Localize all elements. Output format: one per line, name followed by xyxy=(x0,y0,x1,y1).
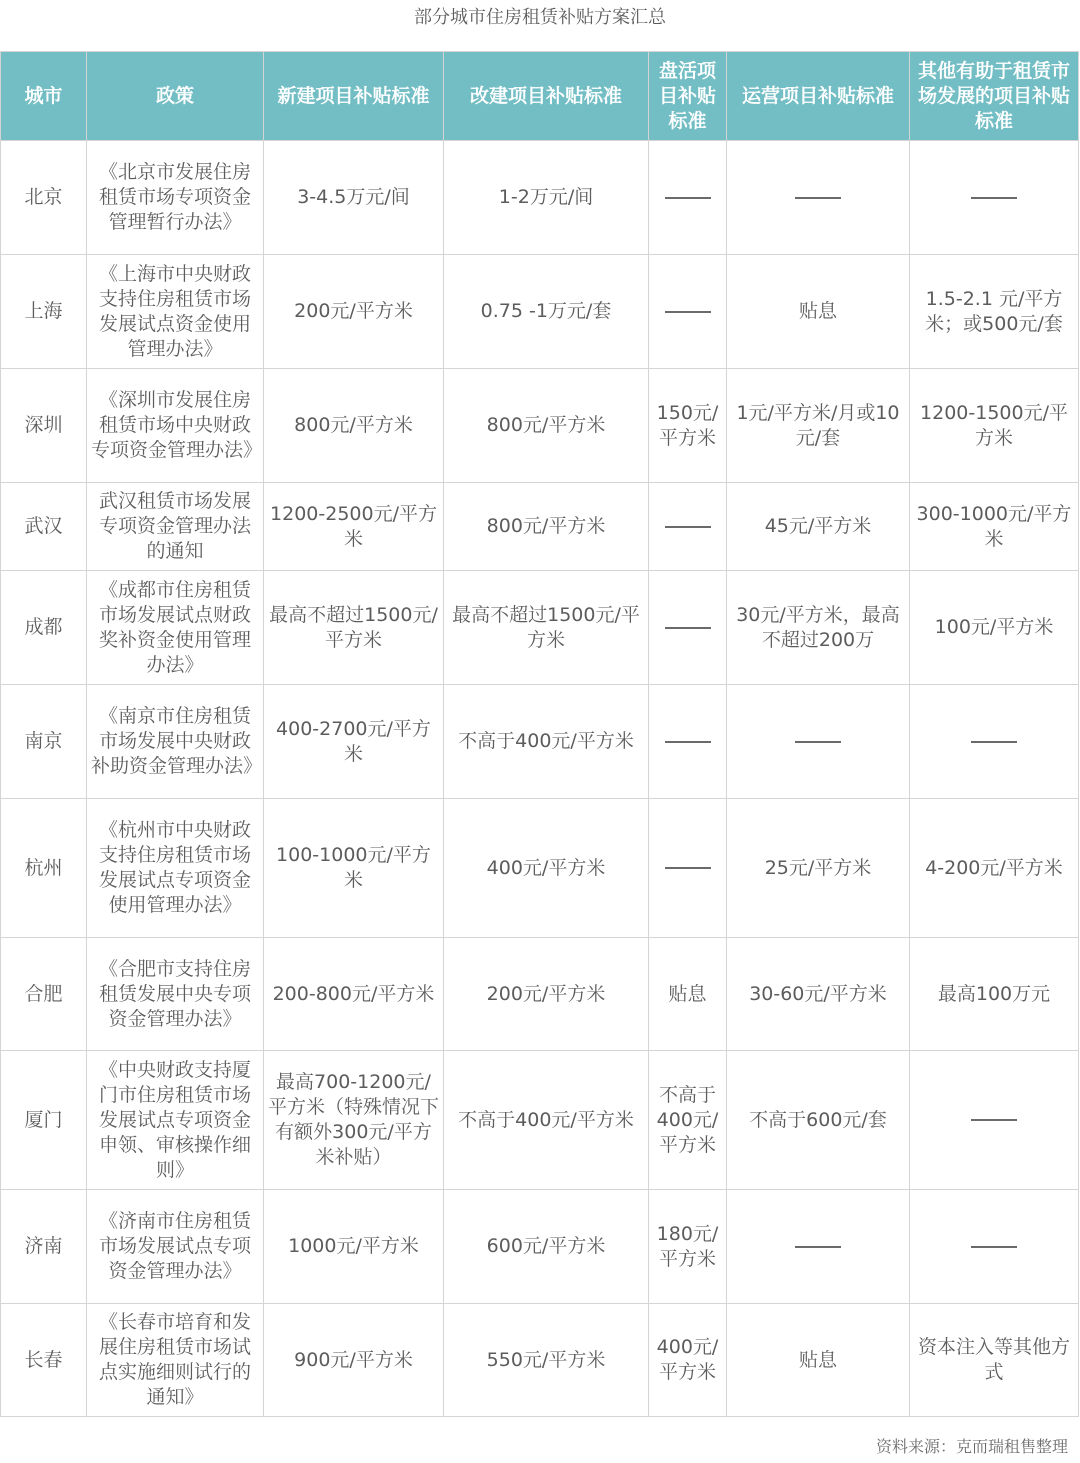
operation-cell: 不高于600元/套 xyxy=(727,1051,910,1190)
operation-cell: 25元/平方米 xyxy=(727,799,910,938)
revitalize-cell: 贴息 xyxy=(649,938,727,1051)
table-row: 南京 《南京市住房租赁市场发展中央财政补助资金管理办法》 400-2700元/平… xyxy=(1,685,1079,799)
operation-cell: 45元/平方米 xyxy=(727,483,910,571)
empty-dash xyxy=(971,197,1017,199)
revitalize-cell xyxy=(649,483,727,571)
page-title: 部分城市住房租赁补贴方案汇总 xyxy=(0,5,1080,31)
empty-dash xyxy=(665,741,711,743)
revitalize-cell: 150元/平方米 xyxy=(649,369,727,483)
policy-cell: 《长春市培育和发展住房租赁市场试点实施细则试行的通知》 xyxy=(87,1304,264,1417)
table-row: 长春 《长春市培育和发展住房租赁市场试点实施细则试行的通知》 900元/平方米 … xyxy=(1,1304,1079,1417)
column-header-new-build: 新建项目补贴标准 xyxy=(264,52,444,141)
subsidy-table: 城市 政策 新建项目补贴标准 改建项目补贴标准 盘活项目补贴标准 运营项目补贴标… xyxy=(0,51,1079,1417)
column-header-other: 其他有助于租赁市场发展的项目补贴标准 xyxy=(910,52,1079,141)
operation-cell xyxy=(727,685,910,799)
other-cell: 300-1000元/平方米 xyxy=(910,483,1079,571)
new-build-cell: 最高不超过1500元/平方米 xyxy=(264,571,444,685)
rebuild-cell: 最高不超过1500元/平方米 xyxy=(444,571,649,685)
city-cell: 北京 xyxy=(1,141,87,255)
column-header-rebuild: 改建项目补贴标准 xyxy=(444,52,649,141)
empty-dash xyxy=(665,627,711,629)
city-cell: 武汉 xyxy=(1,483,87,571)
policy-cell: 《上海市中央财政支持住房租赁市场发展试点资金使用管理办法》 xyxy=(87,255,264,369)
policy-cell: 《北京市发展住房租赁市场专项资金管理暂行办法》 xyxy=(87,141,264,255)
rebuild-cell: 600元/平方米 xyxy=(444,1190,649,1304)
revitalize-cell: 400元/平方米 xyxy=(649,1304,727,1417)
city-cell: 上海 xyxy=(1,255,87,369)
revitalize-cell: 180元/平方米 xyxy=(649,1190,727,1304)
other-cell xyxy=(910,1051,1079,1190)
new-build-cell: 800元/平方米 xyxy=(264,369,444,483)
other-cell: 1200-1500元/平方米 xyxy=(910,369,1079,483)
column-header-revitalize: 盘活项目补贴标准 xyxy=(649,52,727,141)
other-cell: 4-200元/平方米 xyxy=(910,799,1079,938)
policy-cell: 《中央财政支持厦门市住房租赁市场发展试点专项资金申领、审核操作细则》 xyxy=(87,1051,264,1190)
other-cell xyxy=(910,1190,1079,1304)
table-row: 成都 《成都市住房租赁市场发展试点财政奖补资金使用管理办法》 最高不超过1500… xyxy=(1,571,1079,685)
empty-dash xyxy=(665,197,711,199)
table-row: 济南 《济南市住房租赁市场发展试点专项资金管理办法》 1000元/平方米 600… xyxy=(1,1190,1079,1304)
table-row: 北京 《北京市发展住房租赁市场专项资金管理暂行办法》 3-4.5万元/间 1-2… xyxy=(1,141,1079,255)
policy-cell: 《合肥市支持住房租赁发展中央专项资金管理办法》 xyxy=(87,938,264,1051)
city-cell: 南京 xyxy=(1,685,87,799)
new-build-cell: 100-1000元/平方米 xyxy=(264,799,444,938)
city-cell: 合肥 xyxy=(1,938,87,1051)
new-build-cell: 200元/平方米 xyxy=(264,255,444,369)
city-cell: 杭州 xyxy=(1,799,87,938)
empty-dash xyxy=(665,311,711,313)
policy-cell: 《济南市住房租赁市场发展试点专项资金管理办法》 xyxy=(87,1190,264,1304)
column-header-city: 城市 xyxy=(1,52,87,141)
other-cell xyxy=(910,141,1079,255)
policy-cell: 《成都市住房租赁市场发展试点财政奖补资金使用管理办法》 xyxy=(87,571,264,685)
operation-cell: 贴息 xyxy=(727,255,910,369)
empty-dash xyxy=(665,867,711,869)
policy-cell: 《南京市住房租赁市场发展中央财政补助资金管理办法》 xyxy=(87,685,264,799)
city-cell: 成都 xyxy=(1,571,87,685)
city-cell: 深圳 xyxy=(1,369,87,483)
other-cell xyxy=(910,685,1079,799)
column-header-operation: 运营项目补贴标准 xyxy=(727,52,910,141)
empty-dash xyxy=(971,741,1017,743)
table-row: 上海 《上海市中央财政支持住房租赁市场发展试点资金使用管理办法》 200元/平方… xyxy=(1,255,1079,369)
rebuild-cell: 550元/平方米 xyxy=(444,1304,649,1417)
new-build-cell: 1200-2500元/平方米 xyxy=(264,483,444,571)
rebuild-cell: 200元/平方米 xyxy=(444,938,649,1051)
new-build-cell: 最高700-1200元/平方米（特殊情况下有额外300元/平方米补贴） xyxy=(264,1051,444,1190)
operation-cell xyxy=(727,141,910,255)
table-row: 杭州 《杭州市中央财政支持住房租赁市场发展试点专项资金使用管理办法》 100-1… xyxy=(1,799,1079,938)
table-row: 武汉 武汉租赁市场发展专项资金管理办法的通知 1200-2500元/平方米 80… xyxy=(1,483,1079,571)
rebuild-cell: 400元/平方米 xyxy=(444,799,649,938)
other-cell: 资本注入等其他方式 xyxy=(910,1304,1079,1417)
other-cell: 1.5-2.1 元/平方米；或500元/套 xyxy=(910,255,1079,369)
policy-cell: 武汉租赁市场发展专项资金管理办法的通知 xyxy=(87,483,264,571)
empty-dash xyxy=(971,1119,1017,1121)
table-header-row: 城市 政策 新建项目补贴标准 改建项目补贴标准 盘活项目补贴标准 运营项目补贴标… xyxy=(1,52,1079,141)
table-row: 深圳 《深圳市发展住房租赁市场中央财政专项资金管理办法》 800元/平方米 80… xyxy=(1,369,1079,483)
revitalize-cell xyxy=(649,255,727,369)
rebuild-cell: 800元/平方米 xyxy=(444,369,649,483)
rebuild-cell: 800元/平方米 xyxy=(444,483,649,571)
operation-cell: 30-60元/平方米 xyxy=(727,938,910,1051)
empty-dash xyxy=(795,197,841,199)
column-header-policy: 政策 xyxy=(87,52,264,141)
empty-dash xyxy=(665,526,711,528)
revitalize-cell xyxy=(649,571,727,685)
new-build-cell: 200-800元/平方米 xyxy=(264,938,444,1051)
operation-cell: 30元/平方米，最高不超过200万 xyxy=(727,571,910,685)
empty-dash xyxy=(795,741,841,743)
revitalize-cell xyxy=(649,141,727,255)
other-cell: 最高100万元 xyxy=(910,938,1079,1051)
table-row: 厦门 《中央财政支持厦门市住房租赁市场发展试点专项资金申领、审核操作细则》 最高… xyxy=(1,1051,1079,1190)
operation-cell: 贴息 xyxy=(727,1304,910,1417)
revitalize-cell xyxy=(649,685,727,799)
new-build-cell: 400-2700元/平方米 xyxy=(264,685,444,799)
policy-cell: 《杭州市中央财政支持住房租赁市场发展试点专项资金使用管理办法》 xyxy=(87,799,264,938)
revitalize-cell xyxy=(649,799,727,938)
city-cell: 厦门 xyxy=(1,1051,87,1190)
rebuild-cell: 0.75 -1万元/套 xyxy=(444,255,649,369)
empty-dash xyxy=(971,1246,1017,1248)
revitalize-cell: 不高于400元/平方米 xyxy=(649,1051,727,1190)
policy-cell: 《深圳市发展住房租赁市场中央财政专项资金管理办法》 xyxy=(87,369,264,483)
rebuild-cell: 1-2万元/间 xyxy=(444,141,649,255)
city-cell: 长春 xyxy=(1,1304,87,1417)
rebuild-cell: 不高于400元/平方米 xyxy=(444,1051,649,1190)
table-row: 合肥 《合肥市支持住房租赁发展中央专项资金管理办法》 200-800元/平方米 … xyxy=(1,938,1079,1051)
operation-cell xyxy=(727,1190,910,1304)
new-build-cell: 3-4.5万元/间 xyxy=(264,141,444,255)
source-note: 资料来源：克而瑞租售整理 xyxy=(876,1436,1068,1458)
new-build-cell: 1000元/平方米 xyxy=(264,1190,444,1304)
other-cell: 100元/平方米 xyxy=(910,571,1079,685)
rebuild-cell: 不高于400元/平方米 xyxy=(444,685,649,799)
operation-cell: 1元/平方米/月或10元/套 xyxy=(727,369,910,483)
new-build-cell: 900元/平方米 xyxy=(264,1304,444,1417)
city-cell: 济南 xyxy=(1,1190,87,1304)
empty-dash xyxy=(795,1246,841,1248)
